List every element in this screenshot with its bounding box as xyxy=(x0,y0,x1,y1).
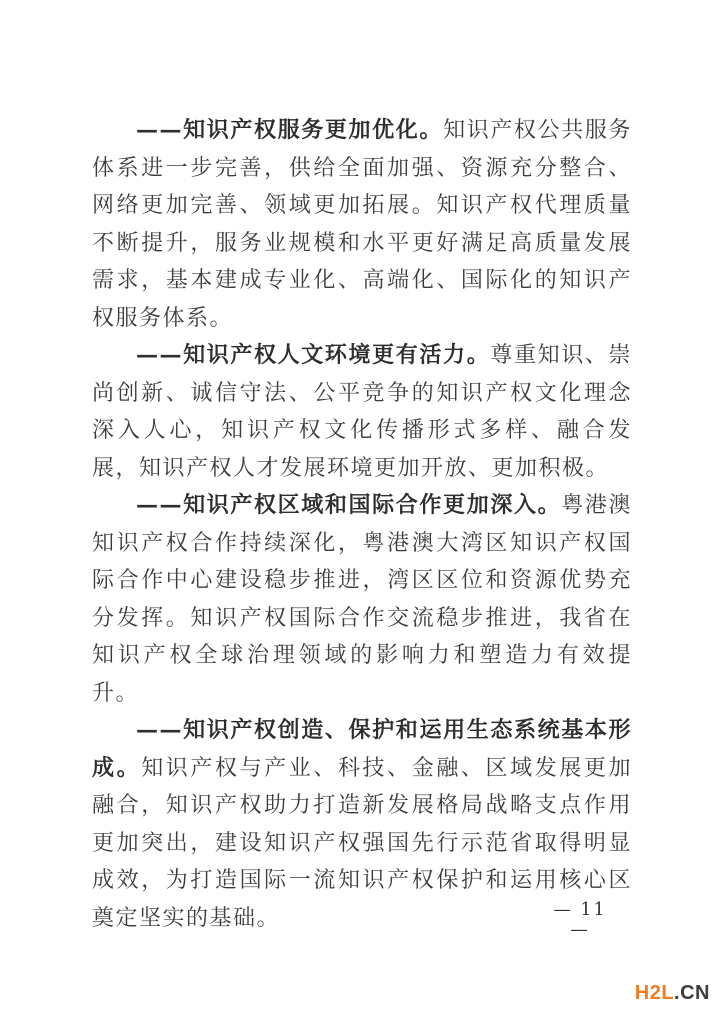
paragraph-regional-international-cooperation: ——知识产权区域和国际合作更加深入。粤港澳知识产权合作持续深化，粤港澳大湾区知识… xyxy=(92,487,632,712)
paragraph-lead: ——知识产权区域和国际合作更加深入。 xyxy=(136,492,561,518)
paragraph-body: 知识产权公共服务体系进一步完善，供给全面加强、资源充分整合、网络更加完善、领域更… xyxy=(92,118,632,331)
paragraph-lead: ——知识产权服务更加优化。 xyxy=(136,117,443,143)
watermark-secondary: .CN xyxy=(674,982,710,1004)
paragraph-cultural-environment: ——知识产权人文环境更有活力。尊重知识、崇尚创新、诚信守法、公平竞争的知识产权文… xyxy=(92,337,632,487)
watermark-primary: H2L xyxy=(635,982,674,1004)
watermark: H2L.CN xyxy=(635,982,710,1005)
document-page: ——知识产权服务更加优化。知识产权公共服务体系进一步完善，供给全面加强、资源充分… xyxy=(0,0,720,1018)
paragraph-lead: ——知识产权人文环境更有活力。 xyxy=(136,342,490,368)
paragraph-body: 粤港澳知识产权合作持续深化，粤港澳大湾区知识产权国际合作中心建设稳步推进，湾区区… xyxy=(92,493,632,706)
paragraph-services-optimized: ——知识产权服务更加优化。知识产权公共服务体系进一步完善，供给全面加强、资源充分… xyxy=(92,112,632,337)
page-number: — 11 — xyxy=(540,900,620,940)
document-text-block: ——知识产权服务更加优化。知识产权公共服务体系进一步完善，供给全面加强、资源充分… xyxy=(92,112,632,937)
